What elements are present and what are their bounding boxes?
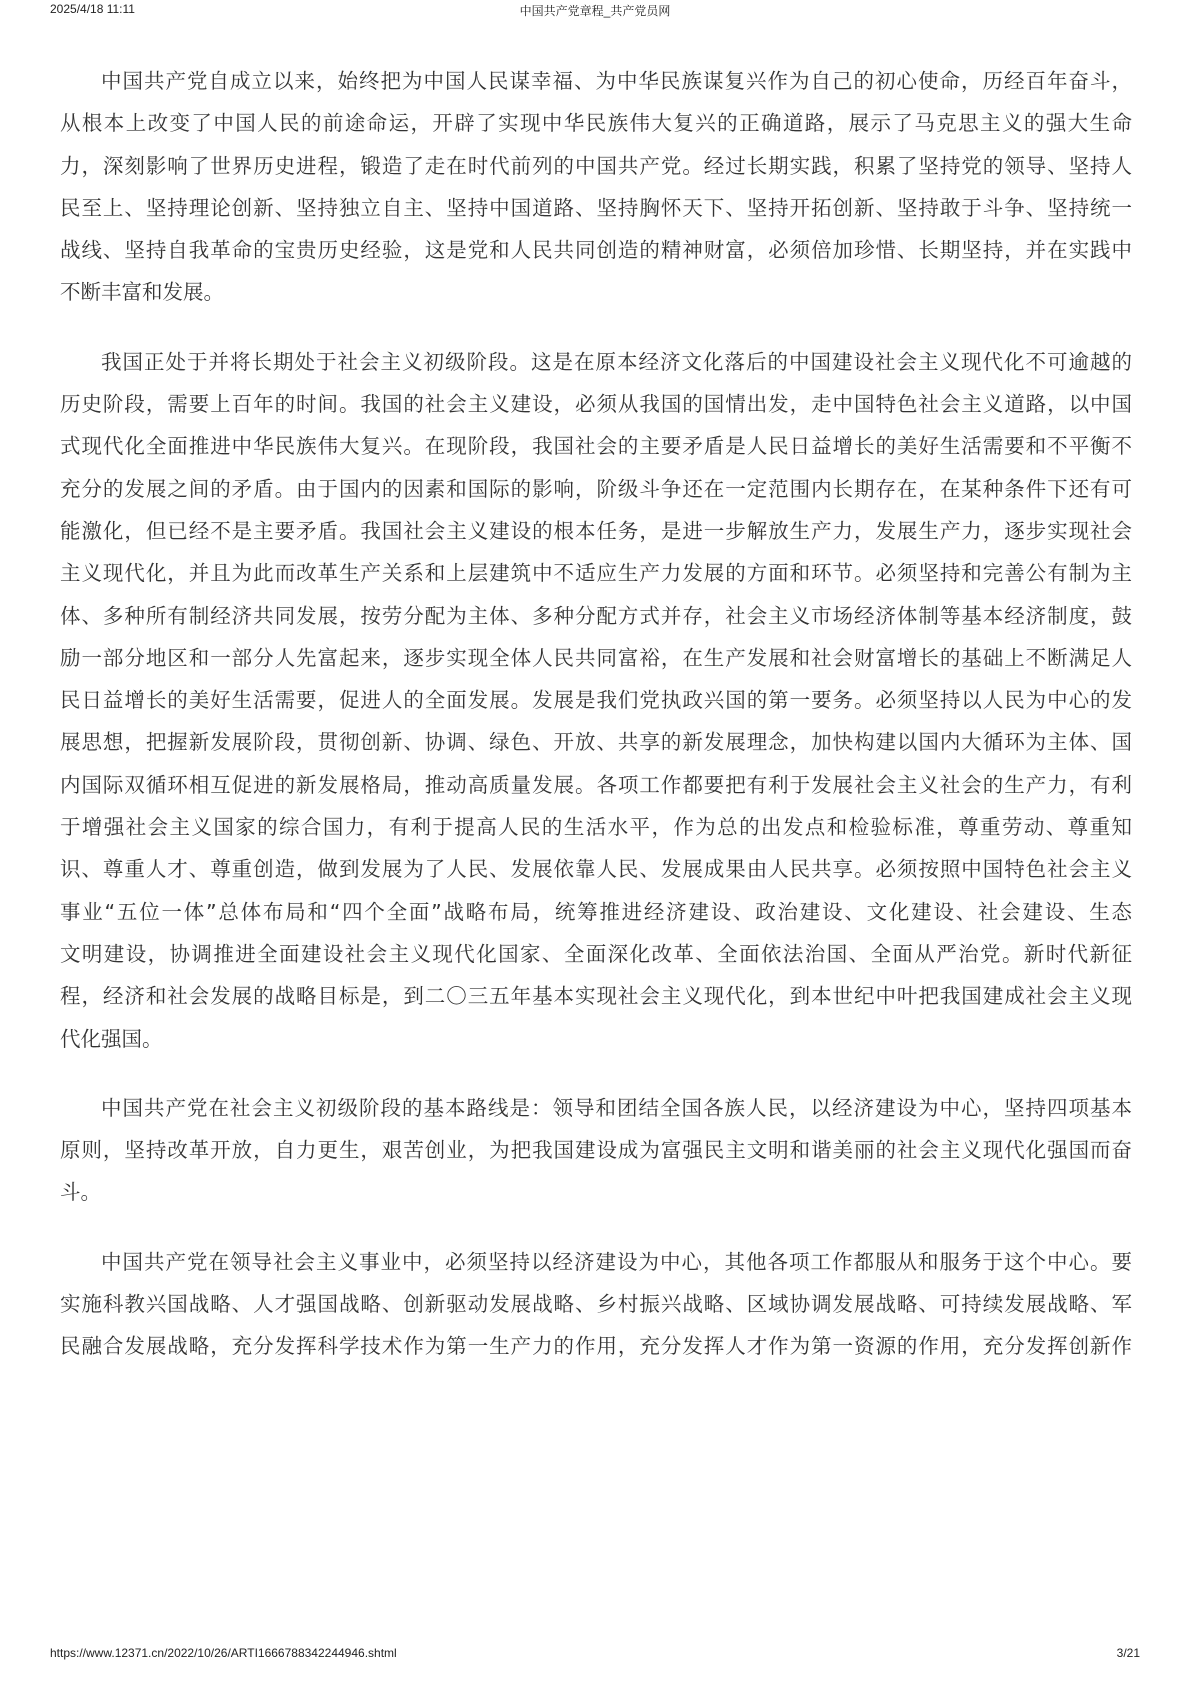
text-line: 民融合发展战略，充分发挥科学技术作为第一生产力的作用，充分发挥人才作为第一资源的… (60, 1325, 1132, 1367)
text-line: 代化强国。 (60, 1018, 1132, 1060)
text-line: 我国正处于并将长期处于社会主义初级阶段。这是在原本经济文化落后的中国建设社会主义… (60, 341, 1132, 383)
text-line: 识、尊重人才、尊重创造，做到发展为了人民、发展依靠人民、发展成果由人民共享。必须… (60, 848, 1132, 890)
text-line: 主义现代化，并且为此而改革生产关系和上层建筑中不适应生产力发展的方面和环节。必须… (60, 552, 1132, 594)
text-line: 式现代化全面推进中华民族伟大复兴。在现阶段，我国社会的主要矛盾是人民日益增长的美… (60, 425, 1132, 467)
text-line: 文明建设，协调推进全面建设社会主义现代化国家、全面深化改革、全面依法治国、全面从… (60, 933, 1132, 975)
paragraph-basic-line: 中国共产党在社会主义初级阶段的基本路线是：领导和团结全国各族人民，以经济建设为中… (60, 1087, 1132, 1214)
text-line: 于增强社会主义国家的综合国力，有利于提高人民的生活水平，作为总的出发点和检验标准… (60, 806, 1132, 848)
text-line: 充分的发展之间的矛盾。由于国内的因素和国际的影响，阶级斗争还在一定范围内长期存在… (60, 468, 1132, 510)
text-line: 励一部分地区和一部分人先富起来，逐步实现全体人民共同富裕，在生产发展和社会财富增… (60, 637, 1132, 679)
paragraph-founding-mission: 中国共产党自成立以来，始终把为中国人民谋幸福、为中华民族谋复兴作为自己的初心使命… (60, 60, 1132, 314)
text-line: 民日益增长的美好生活需要，促进人的全面发展。发展是我们党执政兴国的第一要务。必须… (60, 679, 1132, 721)
text-line: 斗。 (60, 1171, 1132, 1213)
text-line: 原则，坚持改革开放，自力更生，艰苦创业，为把我国建设成为富强民主文明和谐美丽的社… (60, 1129, 1132, 1171)
paragraph-economic-center: 中国共产党在领导社会主义事业中，必须坚持以经济建设为中心，其他各项工作都服从和服… (60, 1241, 1132, 1368)
text-line: 能激化，但已经不是主要矛盾。我国社会主义建设的根本任务，是进一步解放生产力，发展… (60, 510, 1132, 552)
article-body: 中国共产党自成立以来，始终把为中国人民谋幸福、为中华民族谋复兴作为自己的初心使命… (60, 60, 1132, 1395)
page-number: 3/21 (1117, 1646, 1140, 1660)
paragraph-primary-stage: 我国正处于并将长期处于社会主义初级阶段。这是在原本经济文化落后的中国建设社会主义… (60, 341, 1132, 1060)
text-line: 内国际双循环相互促进的新发展格局，推动高质量发展。各项工作都要把有利于发展社会主… (60, 764, 1132, 806)
text-line: 实施科教兴国战略、人才强国战略、创新驱动发展战略、乡村振兴战略、区域协调发展战略… (60, 1283, 1132, 1325)
text-line: 民至上、坚持理论创新、坚持独立自主、坚持中国道路、坚持胸怀天下、坚持开拓创新、坚… (60, 187, 1132, 229)
source-url: https://www.12371.cn/2022/10/26/ARTI1666… (50, 1646, 397, 1660)
text-line: 中国共产党自成立以来，始终把为中国人民谋幸福、为中华民族谋复兴作为自己的初心使命… (60, 60, 1132, 102)
text-line: 体、多种所有制经济共同发展，按劳分配为主体、多种分配方式并存，社会主义市场经济体… (60, 595, 1132, 637)
text-line: 事业“五位一体”总体布局和“四个全面”战略布局，统筹推进经济建设、政治建设、文化… (60, 891, 1132, 933)
text-line: 程，经济和社会发展的战略目标是，到二〇三五年基本实现社会主义现代化，到本世纪中叶… (60, 975, 1132, 1017)
text-line: 从根本上改变了中国人民的前途命运，开辟了实现中华民族伟大复兴的正确道路，展示了马… (60, 102, 1132, 144)
text-line: 历史阶段，需要上百年的时间。我国的社会主义建设，必须从我国的国情出发，走中国特色… (60, 383, 1132, 425)
print-header: 2025/4/18 11:11 中国共产党章程_共产党员网 (0, 0, 1190, 40)
text-line: 展思想，把握新发展阶段，贯彻创新、协调、绿色、开放、共享的新发展理念，加快构建以… (60, 721, 1132, 763)
text-line: 力，深刻影响了世界历史进程，锻造了走在时代前列的中国共产党。经过长期实践，积累了… (60, 145, 1132, 187)
text-line: 不断丰富和发展。 (60, 271, 1132, 313)
text-line: 中国共产党在领导社会主义事业中，必须坚持以经济建设为中心，其他各项工作都服从和服… (60, 1241, 1132, 1283)
page-title: 中国共产党章程_共产党员网 (0, 2, 1190, 19)
text-line: 战线、坚持自我革命的宝贵历史经验，这是党和人民共同创造的精神财富，必须倍加珍惜、… (60, 229, 1132, 271)
text-line: 中国共产党在社会主义初级阶段的基本路线是：领导和团结全国各族人民，以经济建设为中… (60, 1087, 1132, 1129)
print-footer: https://www.12371.cn/2022/10/26/ARTI1666… (0, 1646, 1190, 1666)
